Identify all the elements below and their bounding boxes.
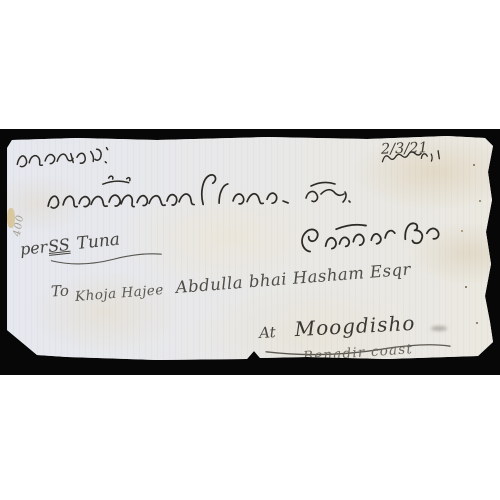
gujarati-topleft-script — [12, 139, 114, 176]
ink-smudge — [431, 326, 447, 331]
paper-chip — [7, 208, 15, 228]
auction-photo-page: 2/3/21 400 perSSTuna To — [0, 0, 500, 500]
to-label: To — [51, 282, 70, 301]
cover-photograph: 2/3/21 400 perSSTuna To — [0, 129, 500, 375]
gujarati-topright-script — [379, 144, 446, 170]
addressee-name: Abdulla bhai Hasham Esqr — [175, 260, 412, 297]
gujarati-sideword-script — [301, 180, 353, 208]
ship-class: SS — [47, 235, 71, 256]
city-name: Moogdisho — [294, 311, 416, 341]
at-label: At — [259, 323, 277, 342]
destination-line: At Moogdisho — [258, 311, 415, 343]
gujarati-mainline-script — [43, 172, 296, 222]
addressee-prefix: Khoja Hajee — [74, 282, 164, 305]
per-label: per — [19, 237, 48, 259]
envelope: 2/3/21 400 perSSTuna To — [7, 136, 493, 362]
topright-note: 2/3/21 — [379, 140, 428, 158]
edge-specks — [473, 164, 475, 166]
routing-line: perSSTuna — [19, 230, 121, 260]
addressee-line: Khoja Hajee Abdulla bhai Hasham Esqr — [74, 254, 488, 305]
gujarati-shri-script — [291, 209, 454, 265]
